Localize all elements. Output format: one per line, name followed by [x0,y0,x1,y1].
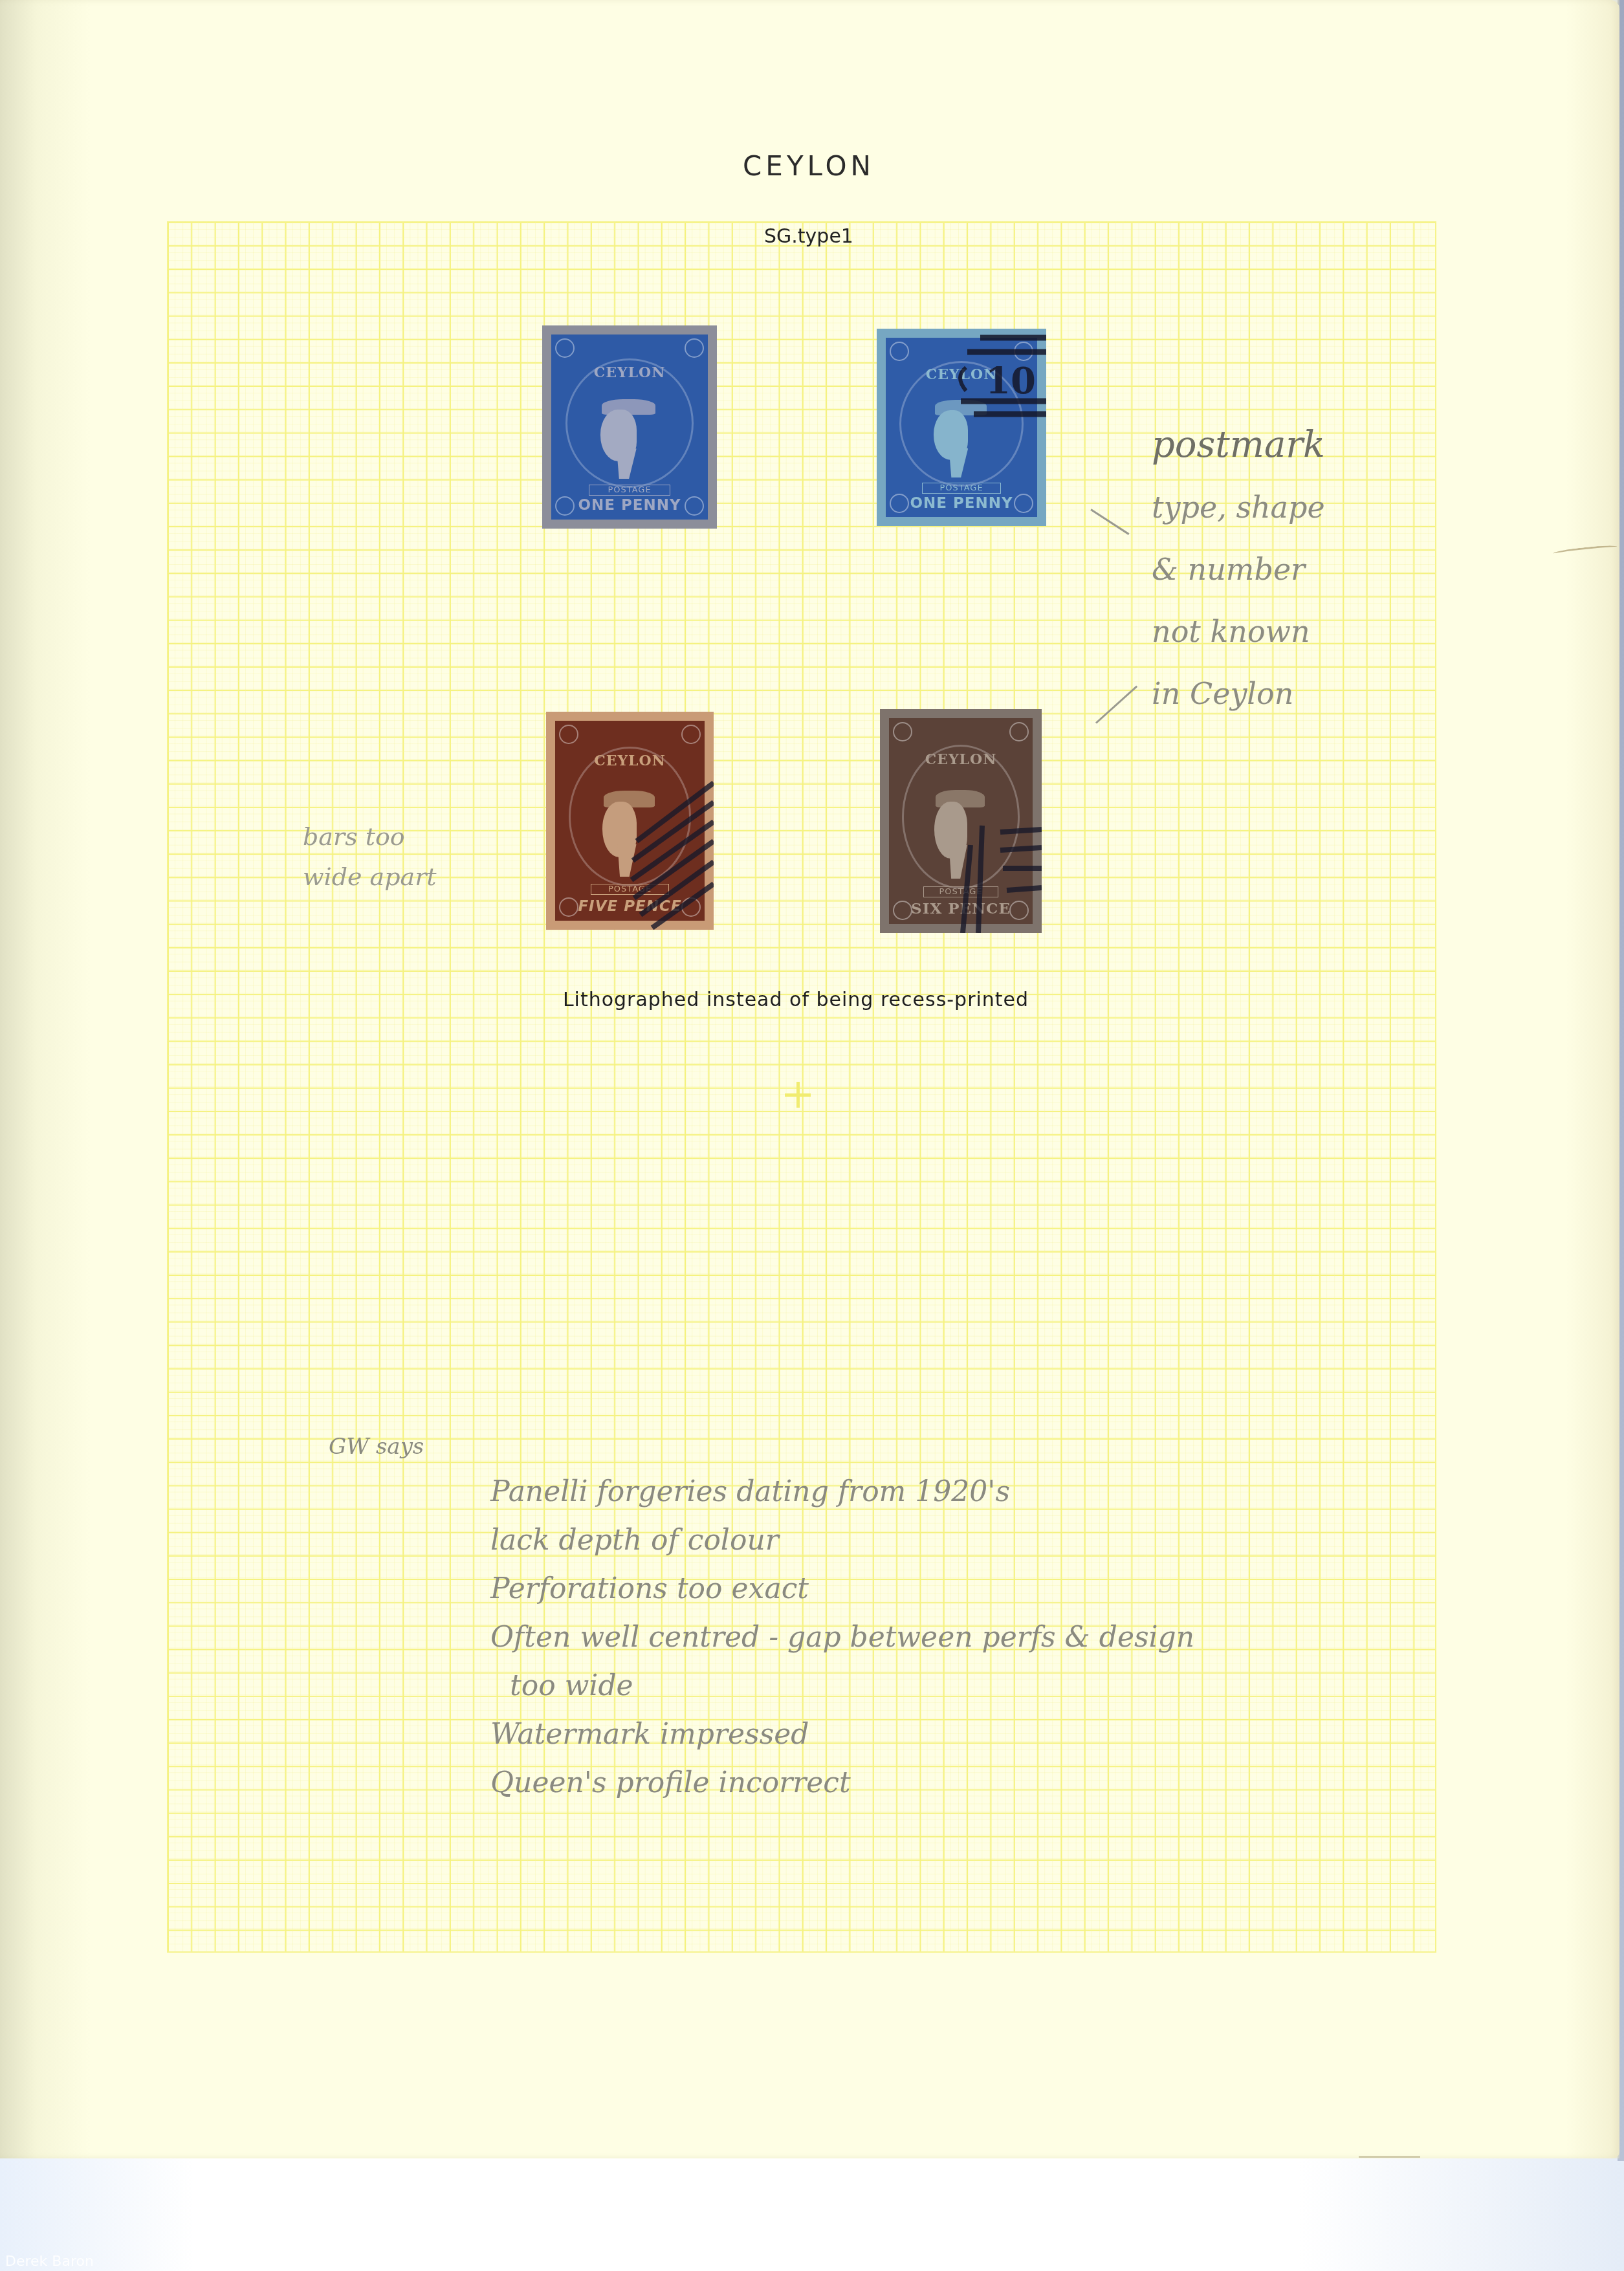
rosette-icon [681,725,701,744]
page-tear [1359,2156,1420,2158]
pencil-note-bars: bars too wide apart [303,817,437,897]
queen-portrait-icon [929,780,993,879]
stamp-one-penny-blue[interactable]: CEYLON POSTAGE ONE PENNY 10 [877,329,1046,526]
stamp-country: CEYLON [555,752,705,769]
list-item: Often well centred - gap between perfs &… [490,1613,1194,1662]
pencil-note-gw-list: Panelli forgeries dating from 1920's lac… [490,1467,1194,1807]
rosette-icon [1009,722,1029,741]
album-page: CEYLON SG.type1 CEYLON POSTAGE ONE PENNY… [0,0,1619,2158]
stamp-design: CEYLON POSTAGE ONE PENNY [551,335,708,520]
stamp-value: ONE PENNY [551,497,708,514]
pencil-note-postmark: postmark type, shape & number not known … [1152,414,1325,725]
stamp-postage-label: POSTAGE [591,884,668,895]
page-shadow-right [1566,0,1619,2158]
rosette-icon [1014,342,1033,361]
list-item: Perforations too exact [490,1564,1194,1613]
stamp-country: CEYLON [889,751,1033,768]
queen-portrait-icon [928,391,995,477]
stamp-value: SIX PENCE [889,900,1033,917]
rosette-icon [893,722,912,741]
stamp-design: CEYLON POSTAGE SIX PENCE [889,718,1033,924]
list-item: Panelli forgeries dating from 1920's [490,1467,1194,1516]
rosette-icon [890,342,909,361]
page-shadow-left [0,0,91,2158]
list-item: too wide [490,1662,1194,1710]
stamp-one-penny-grey[interactable]: CEYLON POSTAGE ONE PENNY [542,325,717,529]
center-registration-mark [785,1082,811,1108]
rosette-icon [555,338,575,358]
stamp-postage-label: POSTAGE [923,886,998,897]
stamp-design: CEYLON POSTAGE ONE PENNY [886,338,1037,517]
rosette-icon [685,338,704,358]
stamp-postage-label: POSTAGE [589,485,670,496]
stamp-postage-label: POSTAGE [922,483,1001,494]
list-item: Watermark impressed [490,1710,1194,1759]
stamp-value: ONE PENNY [886,495,1037,512]
rosette-icon [559,725,578,744]
stamp-country: CEYLON [551,364,708,381]
queen-portrait-icon [595,390,664,479]
stamp-design: CEYLON POSTAGE FIVE PENCE [555,721,705,921]
queen-portrait-icon [597,781,663,877]
watermark: Derek Baron [5,2254,94,2270]
stamp-country: CEYLON [886,366,1037,383]
stamp-value: FIVE PENCE [555,898,705,915]
page-title: CEYLON [647,150,971,182]
page-subtitle: SG.type1 [647,225,971,248]
stamp-six-pence[interactable]: CEYLON POSTAGE SIX PENCE [880,709,1042,933]
pencil-note-gw-heading: GW says [329,1434,424,1460]
list-item: Queen's profile incorrect [490,1759,1194,1807]
stamp-five-pence[interactable]: CEYLON POSTAGE FIVE PENCE [546,712,714,930]
printed-caption: Lithographed instead of being recess-pri… [479,989,1113,1011]
list-item: lack depth of colour [490,1516,1194,1564]
